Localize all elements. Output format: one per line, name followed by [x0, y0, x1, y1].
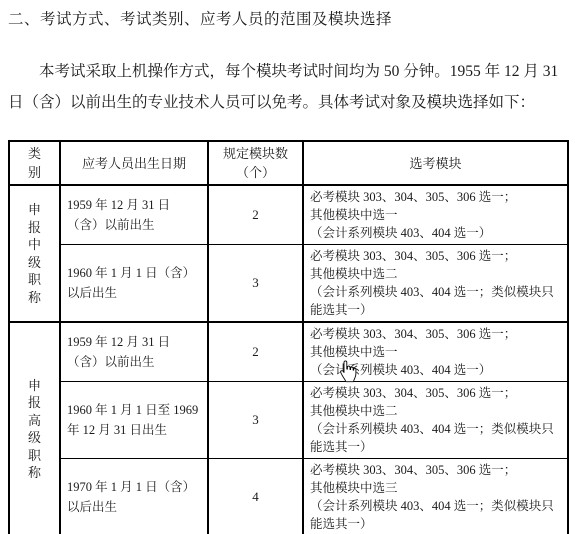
module-count-cell: 2	[208, 185, 303, 245]
table-row-mid-2: 1960 年 1 月 1 日（含）以后出生 3 必考模块 303、304、305…	[9, 245, 568, 323]
birth-date-cell: 1970 年 1 月 1 日（含）以后出生	[60, 459, 208, 534]
module-selection-cell: 必考模块 303、304、305、306 选一； 其他模块中选二 （会计系列模块…	[303, 382, 568, 459]
table-row-senior-1: 申报高级职称 1959 年 12 月 31 日（含）以前出生 2 必考模块 30…	[9, 322, 568, 382]
category-cell-senior: 申报高级职称	[9, 322, 60, 534]
birth-date-cell: 1959 年 12 月 31 日（含）以前出生	[60, 322, 208, 382]
exam-module-table: 类 别 应考人员出生日期 规定模块数 （个） 选考模块 申报中级职称 1959 …	[8, 140, 569, 534]
module-count-cell: 4	[208, 459, 303, 534]
module-selection-cell: 必考模块 303、304、305、306 选一； 其他模块中选一 （会计系列模块…	[303, 185, 568, 245]
document-page: { "page": { "title": "二、考试方式、考试类别、应考人员的范…	[0, 0, 575, 534]
birth-date-cell: 1959 年 12 月 31 日（含）以前出生	[60, 185, 208, 245]
birth-date-cell: 1960 年 1 月 1 日至 1969 年 12 月 31 日出生	[60, 382, 208, 459]
intro-paragraph: 本考试采取上机操作方式，每个模块考试时间均为 50 分钟。1955 年 12 月…	[8, 56, 570, 118]
module-selection-cell: 必考模块 303、304、305、306 选一； 其他模块中选三 （会计系列模块…	[303, 459, 568, 534]
category-vertical-label: 申报高级职称	[28, 377, 41, 482]
table-row-senior-2: 1960 年 1 月 1 日至 1969 年 12 月 31 日出生 3 必考模…	[9, 382, 568, 459]
header-module-count: 规定模块数 （个）	[208, 141, 303, 185]
module-count-cell: 3	[208, 382, 303, 459]
module-count-cell: 2	[208, 322, 303, 382]
header-category: 类 别	[9, 141, 60, 185]
category-cell-intermediate: 申报中级职称	[9, 185, 60, 322]
module-selection-cell: 必考模块 303、304、305、306 选一； 其他模块中选一 （会计系列模块…	[303, 322, 568, 382]
table-row-mid-1: 申报中级职称 1959 年 12 月 31 日（含）以前出生 2 必考模块 30…	[9, 185, 568, 245]
module-count-cell: 3	[208, 245, 303, 323]
header-birth-date: 应考人员出生日期	[60, 141, 208, 185]
table-row-senior-3: 1970 年 1 月 1 日（含）以后出生 4 必考模块 303、304、305…	[9, 459, 568, 534]
module-selection-cell: 必考模块 303、304、305、306 选一； 其他模块中选二 （会计系列模块…	[303, 245, 568, 323]
page-title: 二、考试方式、考试类别、应考人员的范围及模块选择	[8, 7, 392, 29]
birth-date-cell: 1960 年 1 月 1 日（含）以后出生	[60, 245, 208, 323]
table-header-row: 类 别 应考人员出生日期 规定模块数 （个） 选考模块	[9, 141, 568, 185]
category-vertical-label: 申报中级职称	[28, 201, 41, 306]
header-module-selection: 选考模块	[303, 141, 568, 185]
